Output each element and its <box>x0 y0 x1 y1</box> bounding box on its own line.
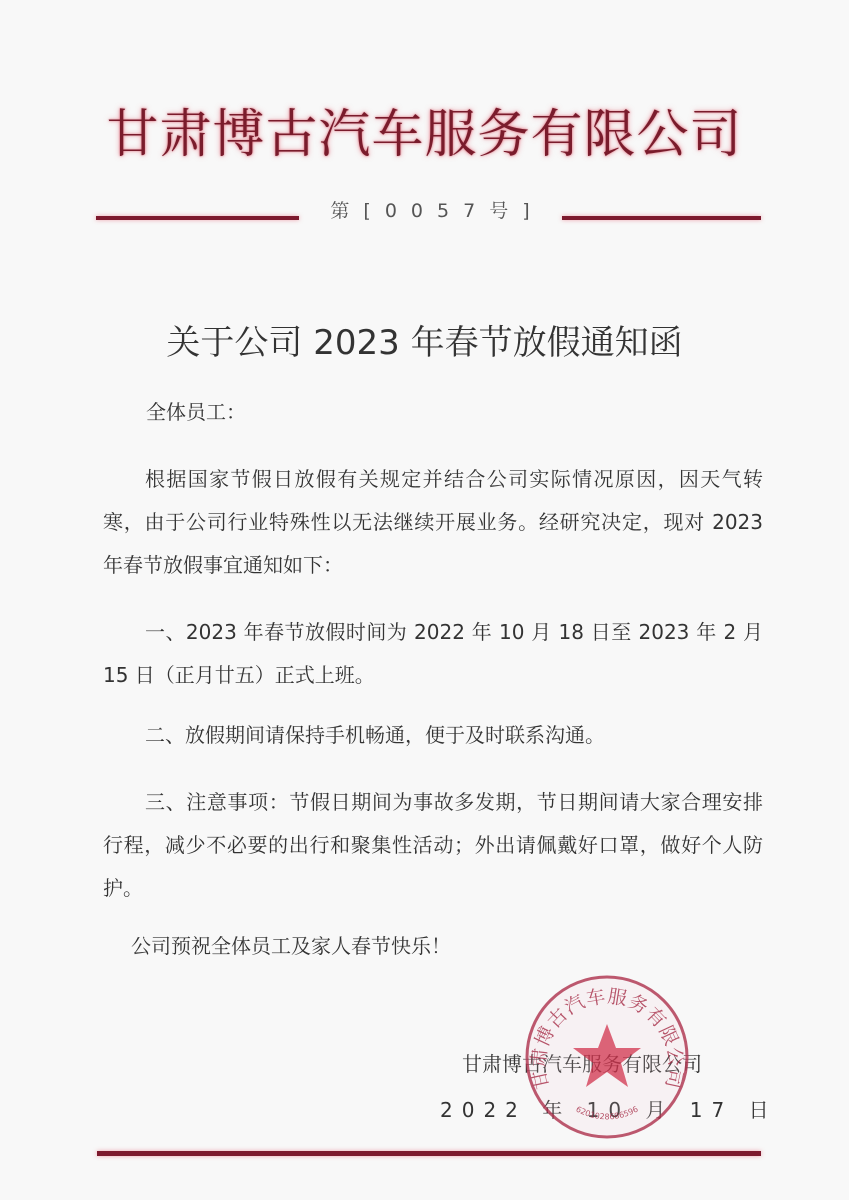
doc-number-close-bracket: ] <box>522 200 531 222</box>
doc-number-suffix: 号 <box>489 200 510 222</box>
doc-number-prefix: 第 <box>330 200 351 222</box>
header-divider-right <box>562 216 761 220</box>
salutation: 全体员工： <box>146 396 246 425</box>
doc-number-digit: 5 <box>437 200 451 222</box>
footer-divider <box>97 1151 761 1156</box>
company-seal-stamp: 甘肃博古汽车服务有限公司 6201028686596 <box>522 972 692 1142</box>
document-number: 第[0057号] <box>300 196 562 223</box>
item-two-paragraph: 二、放假期间请保持手机畅通，便于及时联系沟通。 <box>103 714 763 757</box>
header-divider-left <box>96 216 299 220</box>
doc-number-digit: 7 <box>463 200 477 222</box>
doc-number-digit: 0 <box>385 200 399 222</box>
organization-title: 甘肃博古汽车服务有限公司 <box>0 100 849 170</box>
item-three-paragraph: 三、注意事项：节假日期间为事故多发期，节日期间请大家合理安排行程，减少不必要的出… <box>103 781 763 910</box>
doc-number-open-bracket: [ <box>363 200 372 222</box>
closing-greeting: 公司预祝全体员工及家人春节快乐！ <box>103 925 763 968</box>
notice-title: 关于公司 2023 年春节放假通知函 <box>0 318 849 368</box>
item-one-paragraph: 一、2023 年春节放假时间为 2022 年 10 月 18 日至 2023 年… <box>103 611 763 697</box>
doc-number-digit: 0 <box>411 200 425 222</box>
intro-paragraph: 根据国家节假日放假有关规定并结合公司实际情况原因，因天气转寒，由于公司行业特殊性… <box>103 458 763 587</box>
